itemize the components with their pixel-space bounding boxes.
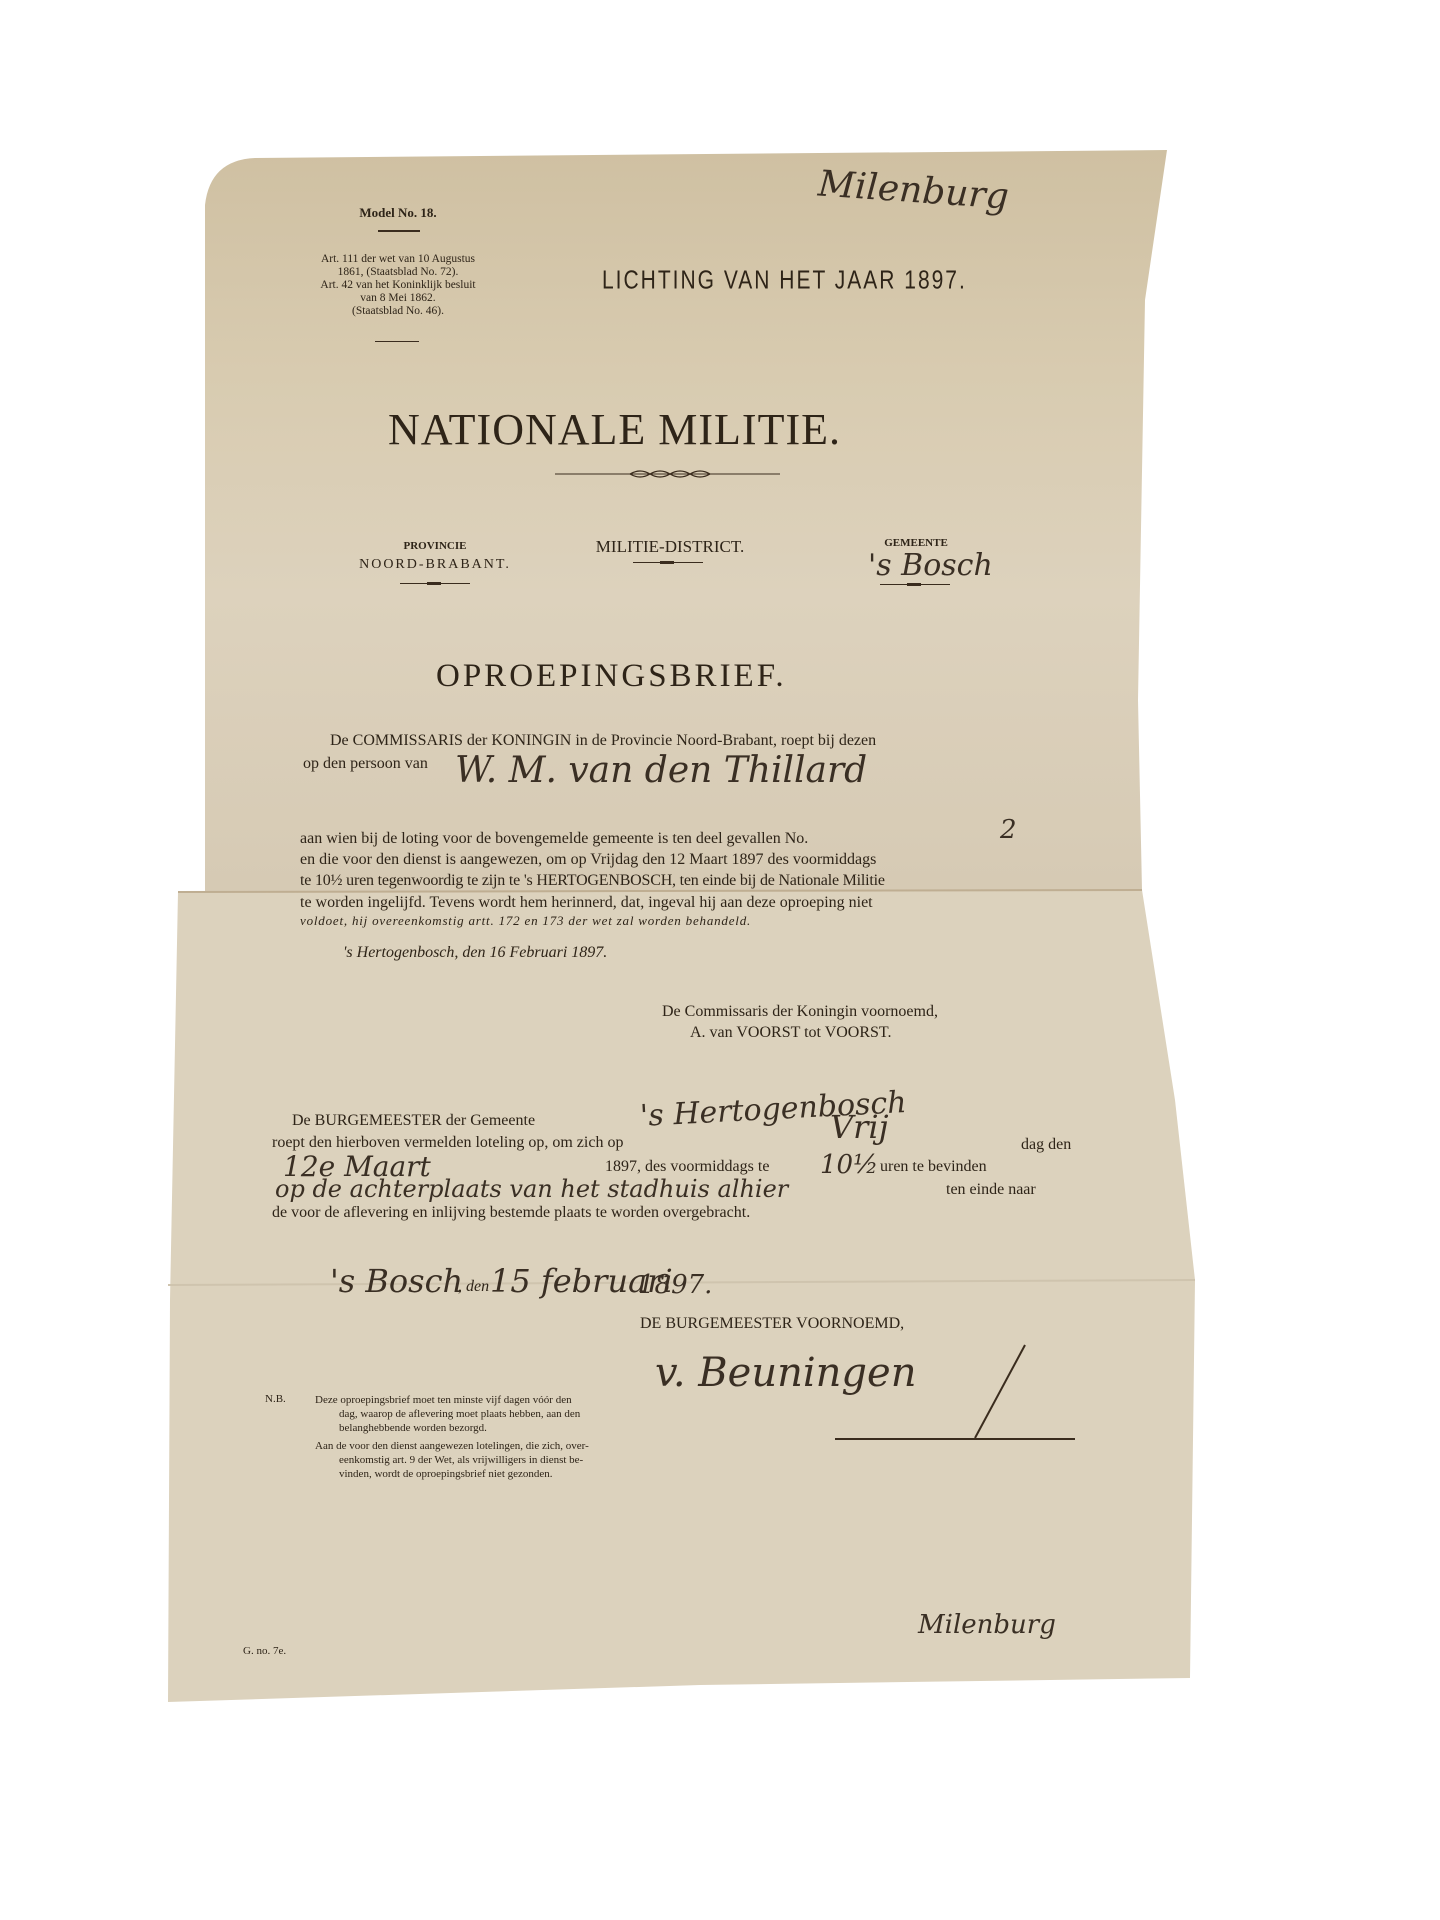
burgemeester-line: de voor de aflevering en inlijving beste… xyxy=(272,1204,750,1222)
burgemeester-line: ten einde naar xyxy=(946,1181,1036,1199)
burgemeester-line: 1897, des voormiddags te xyxy=(605,1158,769,1176)
legal-ref-line: van 8 Mei 1862. xyxy=(320,292,475,305)
handwritten-location: op de achterplaats van het stadhuis alhi… xyxy=(275,1175,788,1203)
model-number: Model No. 18. xyxy=(359,205,436,221)
den-label: , den xyxy=(458,1278,489,1296)
body-line: te worden ingelijfd. Tevens wordt hem he… xyxy=(300,894,873,912)
handwritten-place: 's Bosch xyxy=(330,1262,463,1300)
handwritten-weekday: Vrij xyxy=(830,1108,889,1146)
burgemeester-line: De BURGEMEESTER der Gemeente xyxy=(292,1112,535,1130)
divider xyxy=(378,230,420,232)
handwritten-time: 10½ xyxy=(820,1150,878,1180)
nb-line: Deze oproepingsbrief moet ten minste vij… xyxy=(315,1393,589,1407)
place-date-commissaris: 's Hertogenbosch, den 16 Februari 1897. xyxy=(343,944,607,962)
nb-note: Deze oproepingsbrief moet ten minste vij… xyxy=(315,1393,589,1481)
legal-references: Art. 111 der wet van 10 Augustus 1861, (… xyxy=(320,253,475,318)
burgemeester-line: uren te bevinden xyxy=(880,1158,987,1176)
body-line: voldoet, hij overeenkomstig artt. 172 en… xyxy=(300,913,751,929)
body-line: en die voor den dienst is aangewezen, om… xyxy=(300,851,876,869)
lot-number: 2 xyxy=(1000,815,1017,845)
divider xyxy=(375,341,419,342)
burgemeester-line: dag den xyxy=(1021,1136,1071,1154)
person-prefix: op den persoon van xyxy=(303,755,428,773)
divider xyxy=(660,561,674,564)
nb-label: N.B. xyxy=(265,1393,286,1405)
divider xyxy=(427,582,441,585)
nb-line: dag, waarop de aflevering moet plaats he… xyxy=(315,1407,589,1421)
signature-flourish xyxy=(960,1340,1040,1440)
document-sheet: Model No. 18. Art. 111 der wet van 10 Au… xyxy=(0,0,1440,1920)
form-code: G. no. 7e. xyxy=(243,1645,286,1657)
provincie-value: NOORD-BRABANT. xyxy=(359,557,511,573)
person-name: W. M. van den Thillard xyxy=(455,750,867,791)
ornament-divider xyxy=(555,466,780,482)
provincie-label: PROVINCIE xyxy=(404,540,467,552)
legal-ref-line: 1861, (Staatsblad No. 72). xyxy=(320,266,475,279)
legal-ref-line: Art. 42 van het Koninklijk besluit xyxy=(320,279,475,292)
legal-ref-line: (Staatsblad No. 46). xyxy=(320,305,475,318)
nb-line: Aan de voor den dienst aangewezen loteli… xyxy=(315,1439,589,1453)
divider xyxy=(907,583,921,586)
commissaris-signoff: De Commissaris der Koningin voornoemd, xyxy=(662,1003,938,1021)
gemeente-value: 's Bosch xyxy=(868,548,993,583)
nb-line: belanghebbende worden bezorgd. xyxy=(315,1421,589,1435)
body-line: aan wien bij de loting voor de bovengeme… xyxy=(300,830,808,848)
lichting-year: LICHTING VAN HET JAAR 1897. xyxy=(602,266,967,296)
handwritten-year: 1897. xyxy=(638,1270,712,1300)
commissaris-intro: De COMMISSARIS der KONINGIN in de Provin… xyxy=(330,732,876,750)
district-label: MILITIE-DISTRICT. xyxy=(596,537,744,557)
burgemeester-signature: v. Beuningen xyxy=(655,1350,916,1396)
nb-line: eenkomstig art. 9 der Wet, als vrijwilli… xyxy=(315,1453,589,1467)
body-line: te 10½ uren tegenwoordig te zijn te 's H… xyxy=(300,872,885,890)
handwritten-name-bottom: Milenburg xyxy=(918,1610,1056,1640)
burgemeester-signoff: DE BURGEMEESTER VOORNOEMD, xyxy=(640,1315,904,1333)
nb-line: vinden, wordt de oproepingsbrief niet ge… xyxy=(315,1467,589,1481)
document-title: NATIONALE MILITIE. xyxy=(388,404,841,455)
legal-ref-line: Art. 111 der wet van 10 Augustus xyxy=(320,253,475,266)
commissaris-name: A. van VOORST tot VOORST. xyxy=(690,1024,892,1042)
letter-heading: OPROEPINGSBRIEF. xyxy=(436,658,787,695)
